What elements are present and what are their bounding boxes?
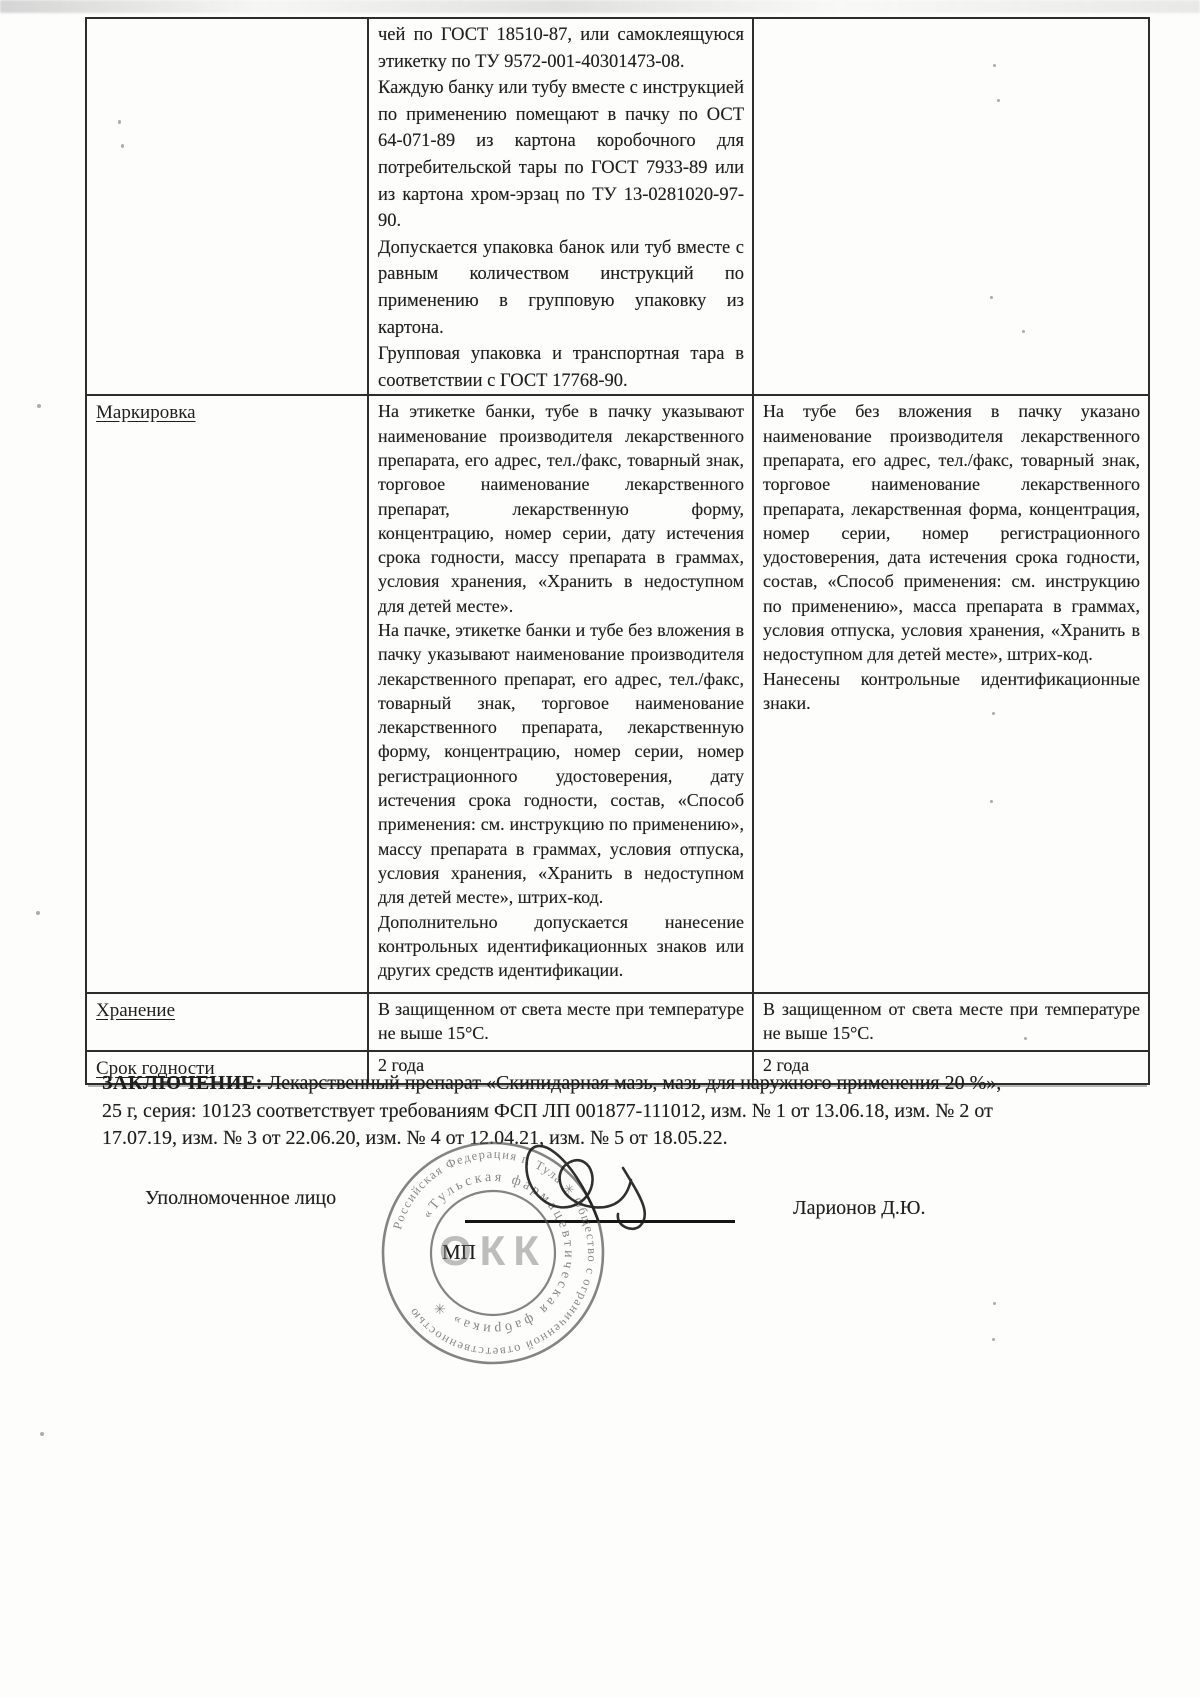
specification-table: чей по ГОСТ 18510-87, или самоклеящуюся … <box>85 17 1150 1085</box>
storage-middle-cell: В защищенном от света месте при температ… <box>368 993 753 1051</box>
cell-paragraph: чей по ГОСТ 18510-87, или самоклеящуюся … <box>378 22 744 75</box>
scan-speck <box>1024 1037 1027 1040</box>
scan-speck <box>990 800 993 803</box>
row-label: Хранение <box>96 1000 175 1021</box>
table-row: Маркировка На этикетке банки, тубе в пач… <box>86 395 1149 993</box>
scan-speck <box>1022 330 1025 333</box>
conclusion-heading: ЗАКЛЮЧЕНИЕ: <box>102 1072 263 1094</box>
cell-paragraph: В защищенном от света месте при температ… <box>378 997 744 1045</box>
scan-speck <box>118 120 121 124</box>
scan-speck <box>993 1302 996 1305</box>
cell-paragraph: Нанесены контрольные идентификационные з… <box>763 667 1140 716</box>
round-company-stamp: Российская Федерация г. Тула ✳ Общество … <box>340 1110 760 1400</box>
storage-right-cell: В защищенном от света месте при температ… <box>753 993 1149 1051</box>
cell-paragraph: На этикетке банки, тубе в пачку указываю… <box>378 399 744 618</box>
cell-paragraph: В защищенном от света месте при температ… <box>763 997 1140 1045</box>
row-label: Маркировка <box>96 402 196 423</box>
authorized-person-label: Уполномоченное лицо <box>145 1187 336 1210</box>
empty-cell <box>753 18 1149 395</box>
cell-paragraph: Каждую банку или тубу вместе с инструкци… <box>378 75 744 235</box>
packaging-continued-cell: чей по ГОСТ 18510-87, или самоклеящуюся … <box>368 18 753 395</box>
row-label-cell <box>86 18 368 395</box>
cell-paragraph: Дополнительно допускается нанесение конт… <box>378 910 744 983</box>
cell-paragraph: Групповая упаковка и транспортная тара в… <box>378 341 744 394</box>
scan-speck <box>992 712 995 715</box>
scan-speck <box>997 99 1000 102</box>
stamp-center-text: ОКК <box>439 1227 547 1274</box>
row-label-cell: Хранение <box>86 993 368 1051</box>
stamp-rings: Российская Федерация г. Тула ✳ Общество … <box>364 1124 621 1381</box>
scan-speck <box>993 64 996 67</box>
scan-speck <box>40 1432 44 1436</box>
scan-speck <box>992 1338 995 1341</box>
marking-right-cell: На тубе без вложения в пачку указано наи… <box>753 395 1149 993</box>
cell-paragraph: На тубе без вложения в пачку указано наи… <box>763 399 1140 666</box>
signer-name: Ларионов Д.Ю. <box>793 1197 926 1220</box>
table-row: чей по ГОСТ 18510-87, или самоклеящуюся … <box>86 18 1149 395</box>
cell-paragraph: Допускается упаковка банок или туб вмест… <box>378 235 744 341</box>
scan-speck <box>990 296 993 299</box>
scan-artifact-top-band <box>0 0 1200 13</box>
scan-speck <box>36 911 40 915</box>
scanned-document-page: чей по ГОСТ 18510-87, или самоклеящуюся … <box>0 0 1200 1697</box>
scan-speck <box>37 404 41 408</box>
table-row: Хранение В защищенном от света месте при… <box>86 993 1149 1051</box>
scan-speck <box>121 144 124 148</box>
cell-paragraph: На пачке, этикетке банки и тубе без влож… <box>378 618 744 910</box>
marking-middle-cell: На этикетке банки, тубе в пачку указываю… <box>368 395 753 993</box>
row-label-cell: Маркировка <box>86 395 368 993</box>
